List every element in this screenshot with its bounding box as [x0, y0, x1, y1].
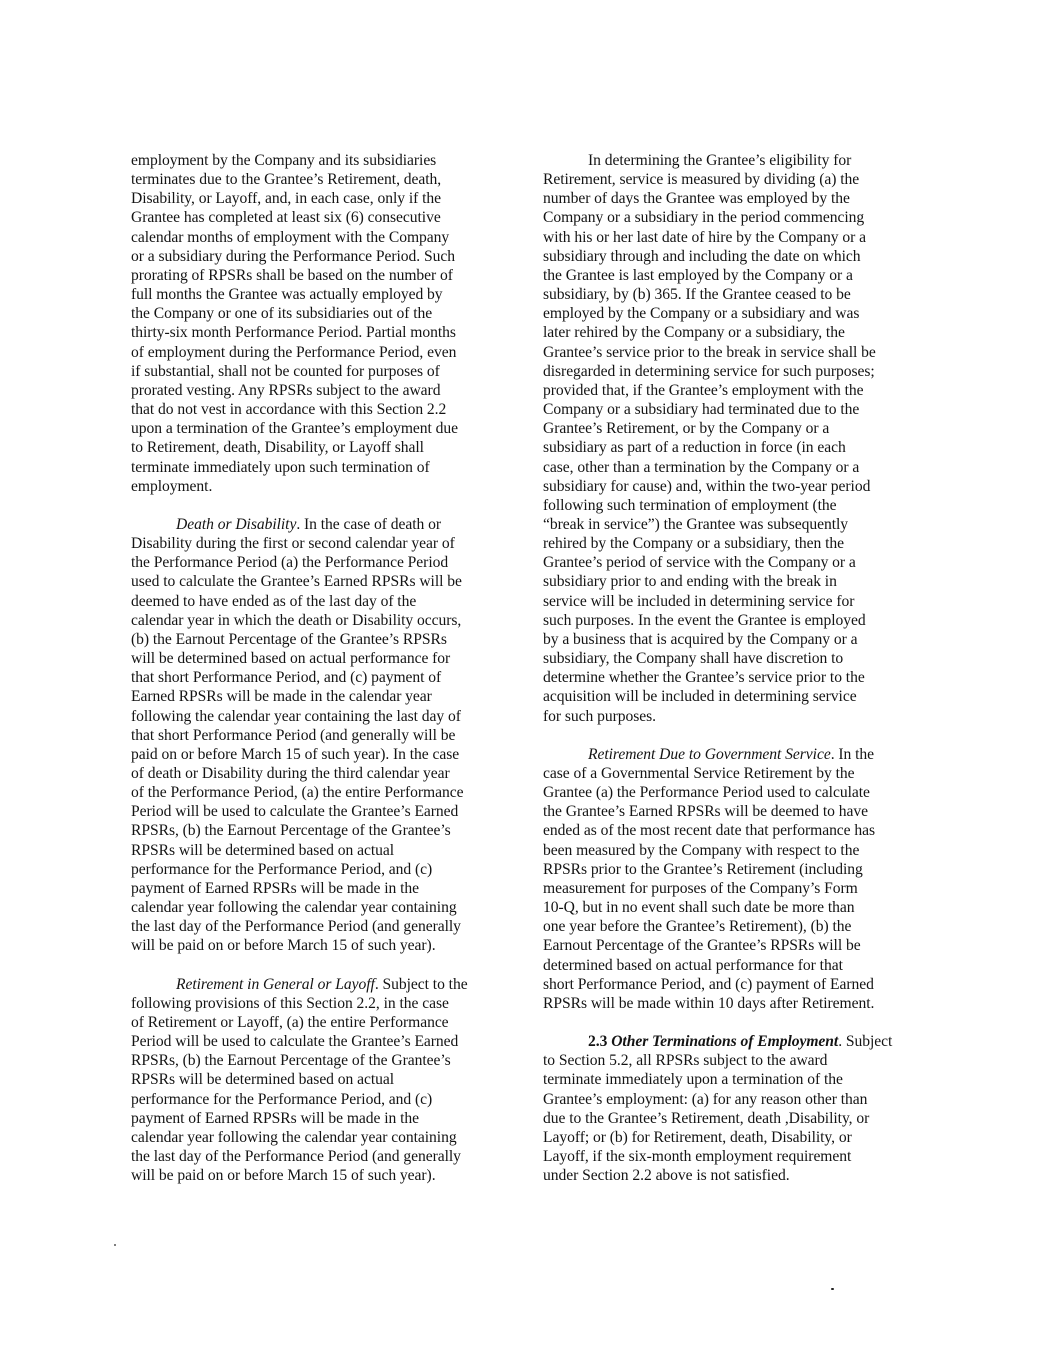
section-heading: Other Terminations of Employment	[611, 1033, 838, 1050]
text-line: RPSRs will be determined based on actual	[131, 1070, 481, 1089]
paragraph-heading: Retirement in General or Layoff	[176, 976, 375, 993]
left-column: employment by the Company and its subsid…	[131, 151, 481, 1205]
text-line: Disability, or Layoff, and, in each case…	[131, 189, 481, 208]
text-line: Disability during the first or second ca…	[131, 534, 481, 553]
text-line: following the calendar year containing t…	[131, 707, 481, 726]
text-line: the Company or one of its subsidiaries o…	[131, 304, 481, 323]
text-line: terminates due to the Grantee’s Retireme…	[131, 170, 481, 189]
paragraph-proration: employment by the Company and its subsid…	[131, 151, 481, 496]
text-line: RPSRs prior to the Grantee’s Retirement …	[543, 860, 913, 879]
text-line: under Section 2.2 above is not satisfied…	[543, 1166, 913, 1185]
text-line: of the Performance Period, (a) the entir…	[131, 783, 481, 802]
text-line: calendar year in which the death or Disa…	[131, 611, 481, 630]
text-line: terminate immediately upon a termination…	[543, 1070, 913, 1089]
text-line: performance for the Performance Period, …	[131, 1090, 481, 1109]
text-run: . Subject	[838, 1033, 892, 1050]
text-line: used to calculate the Grantee’s Earned R…	[131, 572, 481, 591]
text-line: or a subsidiary during the Performance P…	[131, 247, 481, 266]
text-line: Period will be used to calculate the Gra…	[131, 802, 481, 821]
text-line: RPSRs will be made within 10 days after …	[543, 994, 913, 1013]
text-line: Retirement Due to Government Service. In…	[543, 745, 913, 764]
text-line: the Performance Period (a) the Performan…	[131, 553, 481, 572]
scan-artifact	[831, 1288, 834, 1290]
text-line: the last day of the Performance Period (…	[131, 1147, 481, 1166]
text-line: deemed to have ended as of the last day …	[131, 592, 481, 611]
text-line: of employment during the Performance Per…	[131, 343, 481, 362]
text-line: upon a termination of the Grantee’s empl…	[131, 419, 481, 438]
text-line: ended as of the most recent date that pe…	[543, 821, 913, 840]
text-line: the Grantee’s Earned RPSRs will be deeme…	[543, 802, 913, 821]
text-line: 2.3 Other Terminations of Employment. Su…	[543, 1032, 913, 1051]
text-line: Earnout Percentage of the Grantee’s RPSR…	[543, 936, 913, 955]
text-line: RPSRs, (b) the Earnout Percentage of the…	[131, 821, 481, 840]
text-line: Earned RPSRs will be made in the calenda…	[131, 687, 481, 706]
text-line: provided that, if the Grantee’s employme…	[543, 381, 913, 400]
text-line: short Performance Period, and (c) paymen…	[543, 975, 913, 994]
text-line: Company or a subsidiary in the period co…	[543, 208, 913, 227]
text-line: will be determined based on actual perfo…	[131, 649, 481, 668]
text-line: paid on or before March 15 of such year)…	[131, 745, 481, 764]
text-line: employed by the Company or a subsidiary …	[543, 304, 913, 323]
text-line: determine whether the Grantee’s service …	[543, 668, 913, 687]
text-line: to Retirement, death, Disability, or Lay…	[131, 438, 481, 457]
text-line: if substantial, shall not be counted for…	[131, 362, 481, 381]
text-line: such purposes. In the event the Grantee …	[543, 611, 913, 630]
section-2-3-other-terminations: 2.3 Other Terminations of Employment. Su…	[543, 1032, 913, 1185]
text-run: . In the case of death or	[296, 516, 441, 533]
text-line: prorating of RPSRs shall be based on the…	[131, 266, 481, 285]
text-line: Layoff; or (b) for Retirement, death, Di…	[543, 1128, 913, 1147]
text-line: subsidiary as part of a reduction in for…	[543, 438, 913, 457]
text-line: will be paid on or before March 15 of su…	[131, 936, 481, 955]
text-run: . In the	[831, 746, 874, 763]
text-line: number of days the Grantee was employed …	[543, 189, 913, 208]
text-line: subsidiary, by (b) 365. If the Grantee c…	[543, 285, 913, 304]
text-line: of Retirement or Layoff, (a) the entire …	[131, 1013, 481, 1032]
right-column: In determining the Grantee’s eligibility…	[543, 151, 913, 1205]
text-line: employment.	[131, 477, 481, 496]
text-line: Grantee (a) the Performance Period used …	[543, 783, 913, 802]
text-line: Layoff, if the six-month employment requ…	[543, 1147, 913, 1166]
text-line: that short Performance Period, and (c) p…	[131, 668, 481, 687]
text-line: Retirement, service is measured by divid…	[543, 170, 913, 189]
text-line: with his or her last date of hire by the…	[543, 228, 913, 247]
text-line: service will be included in determining …	[543, 592, 913, 611]
text-run: . Subject to the	[375, 976, 468, 993]
text-line: Grantee’s employment: (a) for any reason…	[543, 1090, 913, 1109]
text-line: Death or Disability. In the case of deat…	[131, 515, 481, 534]
text-line: the Grantee is last employed by the Comp…	[543, 266, 913, 285]
text-line: subsidiary through and including the dat…	[543, 247, 913, 266]
scan-artifact	[114, 1244, 116, 1246]
text-line: prorated vesting. Any RPSRs subject to t…	[131, 381, 481, 400]
text-line: subsidiary, the Company shall have discr…	[543, 649, 913, 668]
text-line: later rehired by the Company or a subsid…	[543, 323, 913, 342]
section-number: 2.3	[588, 1033, 607, 1050]
text-line: one year before the Grantee’s Retirement…	[543, 917, 913, 936]
text-line: case, other than a termination by the Co…	[543, 458, 913, 477]
text-line: RPSRs, (b) the Earnout Percentage of the…	[131, 1051, 481, 1070]
text-line: will be paid on or before March 15 of su…	[131, 1166, 481, 1185]
text-line: been measured by the Company with respec…	[543, 841, 913, 860]
paragraph-retirement-eligibility: In determining the Grantee’s eligibility…	[543, 151, 913, 726]
text-line: 10-Q, but in no event shall such date be…	[543, 898, 913, 917]
text-line: determined based on actual performance f…	[543, 956, 913, 975]
text-line: that short Performance Period (and gener…	[131, 726, 481, 745]
text-line: calendar year following the calendar yea…	[131, 1128, 481, 1147]
text-line: measurement for purposes of the Company’…	[543, 879, 913, 898]
text-line: thirty-six month Performance Period. Par…	[131, 323, 481, 342]
text-line: by a business that is acquired by the Co…	[543, 630, 913, 649]
text-line: full months the Grantee was actually emp…	[131, 285, 481, 304]
text-line: “break in service”) the Grantee was subs…	[543, 515, 913, 534]
text-line: terminate immediately upon such terminat…	[131, 458, 481, 477]
text-line: payment of Earned RPSRs will be made in …	[131, 1109, 481, 1128]
text-line: to Section 5.2, all RPSRs subject to the…	[543, 1051, 913, 1070]
text-line: payment of Earned RPSRs will be made in …	[131, 879, 481, 898]
text-line: Period will be used to calculate the Gra…	[131, 1032, 481, 1051]
text-line: Company or a subsidiary had terminated d…	[543, 400, 913, 419]
text-line: performance for the Performance Period, …	[131, 860, 481, 879]
text-line: following provisions of this Section 2.2…	[131, 994, 481, 1013]
text-line: RPSRs will be determined based on actual	[131, 841, 481, 860]
paragraph-government-service: Retirement Due to Government Service. In…	[543, 745, 913, 1013]
document-page: employment by the Company and its subsid…	[0, 0, 1055, 1365]
text-line: due to the Grantee’s Retirement, death ,…	[543, 1109, 913, 1128]
text-line: subsidiary prior to and ending with the …	[543, 572, 913, 591]
text-line: Retirement in General or Layoff. Subject…	[131, 975, 481, 994]
text-line: case of a Governmental Service Retiremen…	[543, 764, 913, 783]
text-line: calendar months of employment with the C…	[131, 228, 481, 247]
paragraph-heading: Death or Disability	[176, 516, 296, 533]
paragraph-heading: Retirement Due to Government Service	[588, 746, 831, 763]
text-line: Grantee has completed at least six (6) c…	[131, 208, 481, 227]
text-line: Grantee’s period of service with the Com…	[543, 553, 913, 572]
text-line: Grantee’s service prior to the break in …	[543, 343, 913, 362]
text-line: subsidiary for cause) and, within the tw…	[543, 477, 913, 496]
text-line: Grantee’s Retirement, or by the Company …	[543, 419, 913, 438]
text-line: acquisition will be included in determin…	[543, 687, 913, 706]
text-line: calendar year following the calendar yea…	[131, 898, 481, 917]
text-line: that do not vest in accordance with this…	[131, 400, 481, 419]
text-line: rehired by the Company or a subsidiary, …	[543, 534, 913, 553]
text-line: following such termination of employment…	[543, 496, 913, 515]
text-line: of death or Disability during the third …	[131, 764, 481, 783]
text-line: employment by the Company and its subsid…	[131, 151, 481, 170]
paragraph-death-or-disability: Death or Disability. In the case of deat…	[131, 515, 481, 956]
text-line: In determining the Grantee’s eligibility…	[543, 151, 913, 170]
text-line: (b) the Earnout Percentage of the Grante…	[131, 630, 481, 649]
text-line: disregarded in determining service for s…	[543, 362, 913, 381]
text-line: for such purposes.	[543, 707, 913, 726]
paragraph-retirement-or-layoff: Retirement in General or Layoff. Subject…	[131, 975, 481, 1186]
text-line: the last day of the Performance Period (…	[131, 917, 481, 936]
